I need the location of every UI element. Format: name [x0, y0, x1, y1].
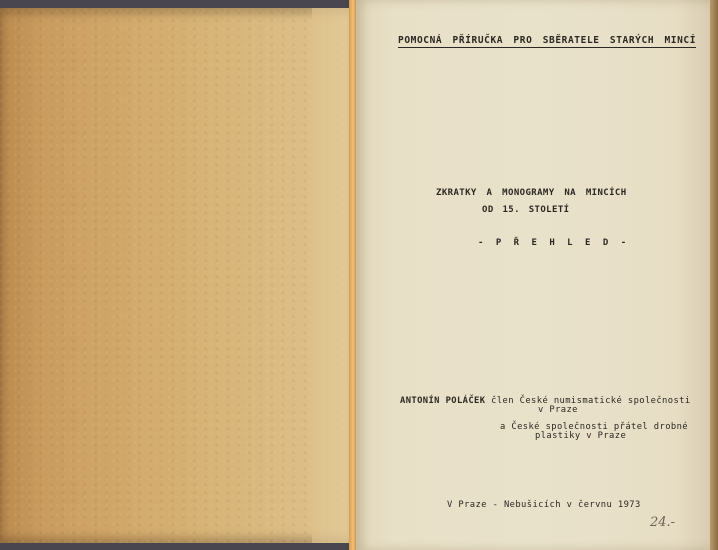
left-cover-endpaper [0, 8, 352, 543]
affiliation-2-city: plastiky v Praze [535, 431, 626, 441]
series-heading: POMOCNÁ PŘÍRUČKA PRO SBĚRATELE STARÝCH M… [398, 35, 696, 48]
title-line-2: OD 15. STOLETÍ [482, 205, 569, 215]
subtitle-overview: - P Ř E H L E D - [478, 238, 630, 248]
author-role: člen [491, 396, 514, 406]
book-spread: POMOCNÁ PŘÍRUČKA PRO SBĚRATELE STARÝCH M… [0, 0, 718, 550]
page-stack-edge [710, 0, 718, 550]
handwritten-price-note: 24.- [650, 515, 675, 530]
title-page [356, 0, 712, 550]
title-line-1: ZKRATKY A MONOGRAMY NA MINCÍCH [436, 188, 627, 198]
place-and-date: V Praze - Nebušicích v červnu 1973 [447, 500, 641, 510]
endpaper-fold-strip [312, 8, 352, 543]
affiliation-1-city: v Praze [538, 405, 578, 415]
author-name: ANTONÍN POLÁČEK [400, 396, 485, 406]
